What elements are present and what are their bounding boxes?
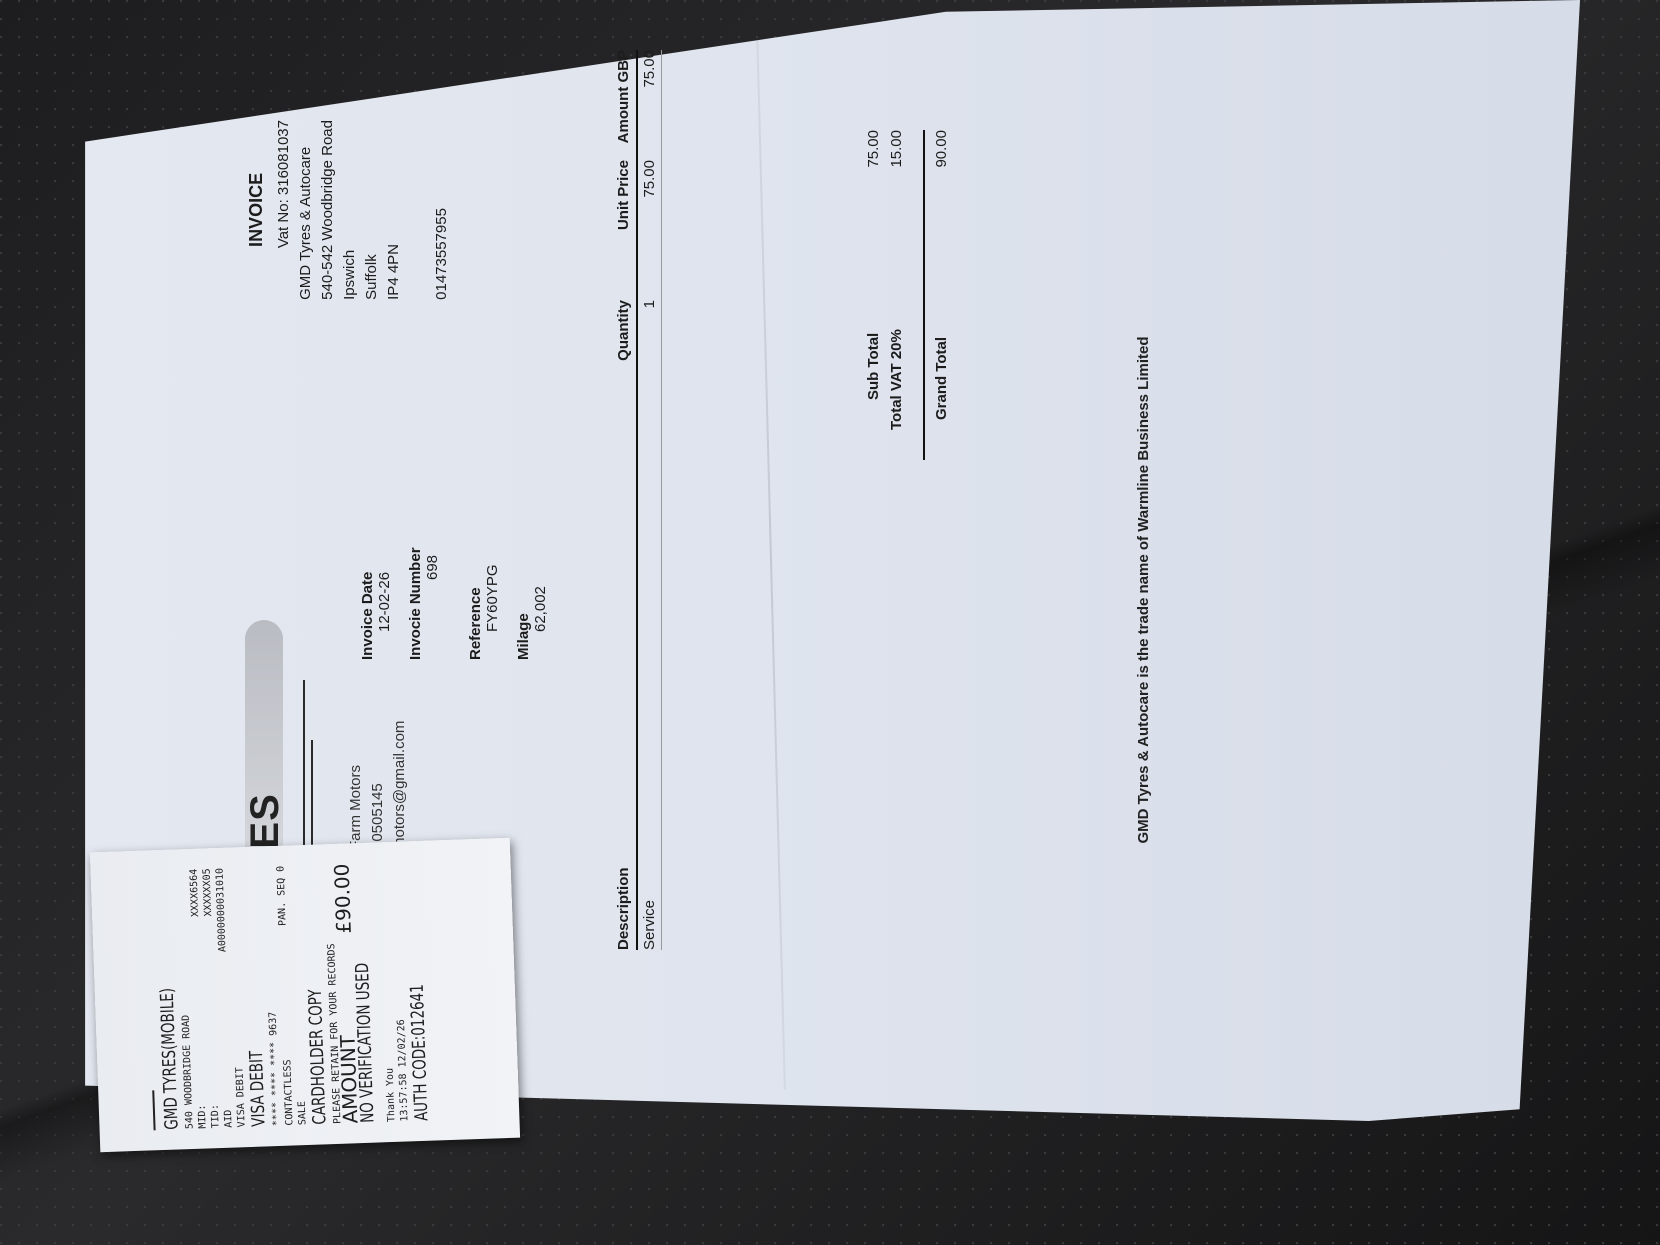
amount-value: £90.00	[335, 863, 350, 933]
company-county: Suffolk	[361, 120, 383, 300]
receipt-rule	[138, 1090, 155, 1131]
reference: FY60YPG	[484, 547, 501, 660]
aid-label: AID	[222, 1109, 236, 1128]
col-quantity: Quantity	[615, 300, 632, 450]
customer-phone: 10505145	[367, 721, 389, 850]
vat-label: Total VAT 20%	[888, 329, 905, 460]
company-postcode: IP4 4PN	[383, 120, 405, 300]
vat-row: Total VAT 20% 15.00	[888, 130, 905, 460]
company-name: GMD Tyres & Autocare	[295, 120, 317, 300]
receipt-content: GMD TYRES(MOBILE) 540 WOODBRIDGE ROAD MI…	[131, 857, 540, 1131]
invoice-number: 698	[424, 547, 441, 660]
customer-block: Farm Motors 10505145 motors@gmail.com	[345, 721, 411, 850]
grand-total-value: 90.00	[933, 130, 950, 168]
row-unit-price: 75.00	[641, 160, 658, 300]
invoice-date: 12-02-26	[376, 547, 393, 660]
payment-mode: CONTACTLESS	[281, 1059, 296, 1126]
invoice-title: INVOICE	[245, 120, 267, 300]
row-description: Service	[641, 450, 658, 950]
card-receipt: GMD TYRES(MOBILE) 540 WOODBRIDGE ROAD MI…	[90, 838, 520, 1152]
table-header: Description Quantity Unit Price Amount G…	[615, 50, 638, 950]
customer-email: motors@gmail.com	[389, 721, 411, 850]
pan-seq: PAN. SEQ 0	[274, 866, 289, 927]
grand-total-label: Grand Total	[933, 337, 950, 460]
table-row: Service 1 75.00 75.00	[638, 50, 662, 950]
customer-name: Farm Motors	[345, 721, 367, 850]
vat-value: 15.00	[888, 130, 905, 168]
row-amount: 75.00	[641, 50, 658, 160]
company-city: Ipswich	[339, 120, 361, 300]
col-unit-price: Unit Price	[615, 160, 632, 300]
subtotal-row: Sub Total 75.00	[865, 130, 882, 460]
mileage-label: Milage	[515, 547, 532, 660]
grand-total-row: Grand Total 90.00	[923, 130, 950, 460]
subtotal-value: 75.00	[865, 130, 882, 168]
invoice-date-label: Invoice Date	[359, 547, 376, 660]
company-block: INVOICE Vat No: 316081037 GMD Tyres & Au…	[245, 120, 453, 300]
line-items-table: Description Quantity Unit Price Amount G…	[615, 50, 662, 950]
row-quantity: 1	[641, 300, 658, 450]
col-amount: Amount GBP	[615, 50, 632, 160]
mid-label: MID:	[196, 1104, 210, 1129]
col-description: Description	[615, 450, 632, 950]
footer-note: GMD Tyres & Autocare is the trade name o…	[1135, 80, 1152, 1100]
company-address: 540-542 Woodbridge Road	[317, 120, 339, 300]
totals-block: Sub Total 75.00 Total VAT 20% 15.00 Gran…	[865, 130, 956, 460]
company-phone: 01473557955	[431, 120, 453, 300]
tid-label: TID:	[209, 1104, 223, 1129]
mileage: 62,002	[532, 547, 549, 660]
reference-label: Reference	[467, 547, 484, 660]
subtotal-label: Sub Total	[865, 333, 882, 460]
vat-number: Vat No: 316081037	[273, 120, 295, 300]
invoice-number-label: Invocie Number	[407, 547, 424, 660]
invoice-meta: Invoice Date 12-02-26 Invocie Number 698…	[345, 547, 549, 660]
